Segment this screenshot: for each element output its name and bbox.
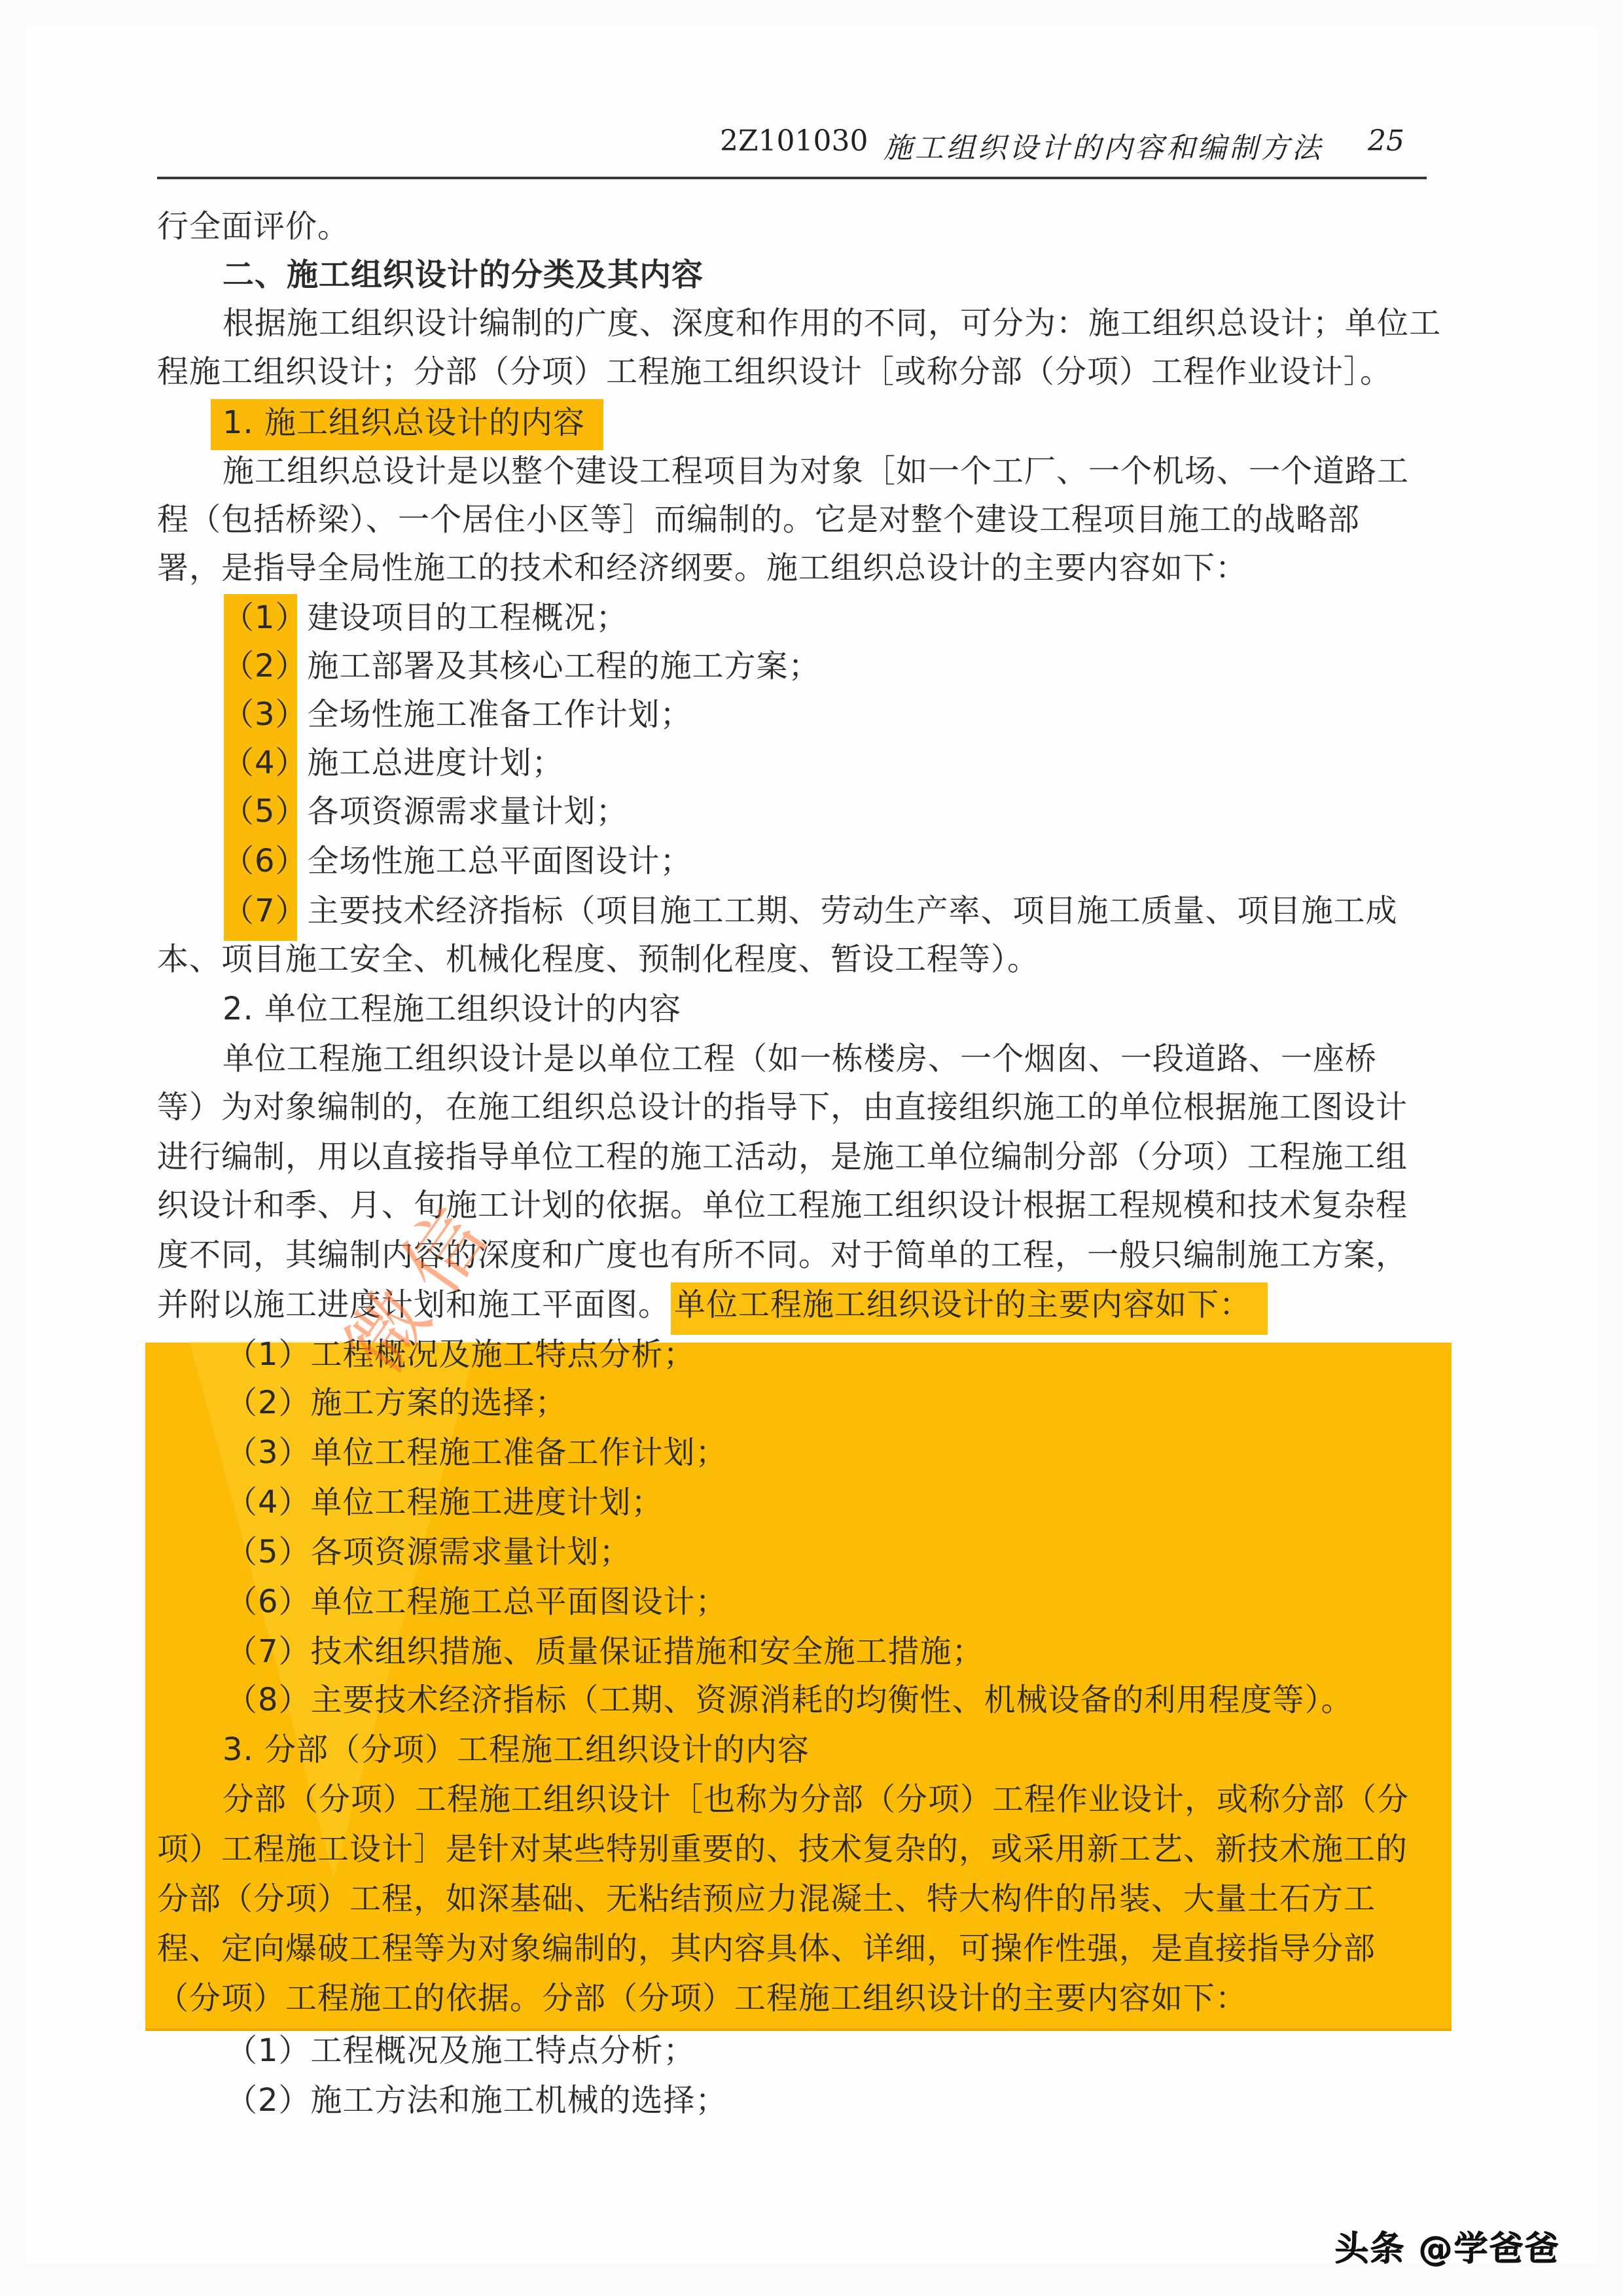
text-line: 根据施工组织设计编制的广度、深度和作用的不同，可分为：施工组织总设计；单位工	[223, 302, 1441, 344]
list-item: （4）单位工程施工进度计划；	[226, 1481, 664, 1523]
subheading-2: 2. 单位工程施工组织设计的内容	[223, 988, 681, 1030]
text-line: （分项）工程施工的依据。分部（分项）工程施工组织设计的主要内容如下：	[157, 1977, 1247, 2019]
text-line: 项）工程施工设计］是针对某些特别重要的、技术复杂的，或采用新工艺、新技术施工的	[157, 1828, 1408, 1870]
list-item: （3）单位工程施工准备工作计划；	[226, 1432, 728, 1474]
list-item: （1）工程概况及施工特点分析；	[226, 1333, 696, 1375]
text-line: 分部（分项）工程施工组织设计［也称为分部（分项）工程作业设计，或称分部（分	[223, 1778, 1409, 1820]
text-line: 织设计和季、月、旬施工计划的依据。单位工程施工组织设计根据工程规模和技术复杂程	[157, 1184, 1408, 1226]
section-title: 施工组织设计的内容和编制方法	[883, 124, 1323, 166]
list-item: （5）各项资源需求量计划；	[226, 1531, 632, 1573]
text-line: 行全面评价。	[157, 205, 349, 247]
text-line: 分部（分项）工程，如深基础、无粘结预应力混凝土、特大构件的吊装、大量土石方工	[157, 1878, 1376, 1920]
text-line: 程施工组织设计；分部（分项）工程施工组织设计［或称分部（分项）工程作业设计］。	[157, 351, 1392, 393]
source-credit: 头条 @学爸爸	[1335, 2221, 1560, 2270]
list-item: （1）建设项目的工程概况；	[223, 597, 628, 639]
section-code: 2Z101030	[720, 124, 868, 158]
highlighted-sentence: 单位工程施工组织设计的主要内容如下：	[674, 1284, 1251, 1326]
header-divider	[157, 177, 1427, 179]
list-item: （5）各项资源需求量计划；	[223, 790, 628, 832]
list-item: （2）施工部署及其核心工程的施工方案；	[223, 645, 821, 687]
list-item: （7）技术组织措施、质量保证措施和安全施工措施；	[226, 1631, 984, 1672]
text-line: 本、项目施工安全、机械化程度、预制化程度、暂设工程等）。	[157, 938, 1039, 980]
text-line: 度不同，其编制内容的深度和广度也有所不同。对于简单的工程，一般只编制施工方案，	[157, 1234, 1408, 1276]
list-item: （4）施工总进度计划；	[223, 742, 564, 784]
list-item: （3）全场性施工准备工作计划；	[223, 694, 692, 735]
list-item: （1）工程概况及施工特点分析；	[226, 2030, 696, 2072]
text-line: 程（包括桥梁）、一个居住小区等］而编制的。它是对整个建设工程项目施工的战略部	[157, 499, 1360, 540]
page-number: 25	[1368, 124, 1404, 158]
list-item: （6）单位工程施工总平面图设计；	[226, 1581, 728, 1623]
text-line: 单位工程施工组织设计是以单位工程（如一栋楼房、一个烟囱、一段道路、一座桥	[223, 1038, 1377, 1080]
text-line: 程、定向爆破工程等为对象编制的，其内容具体、详细，可操作性强，是直接指导分部	[157, 1928, 1376, 1969]
subheading-3: 3. 分部（分项）工程施工组织设计的内容	[223, 1729, 810, 1771]
list-item: （2）施工方法和施工机械的选择；	[226, 2079, 728, 2121]
text-line: 署，是指导全局性施工的技术和经济纲要。施工组织总设计的主要内容如下：	[157, 547, 1247, 589]
list-item: （2）施工方案的选择；	[226, 1382, 567, 1424]
subheading-1: 1. 施工组织总设计的内容	[223, 402, 585, 444]
section-heading: 二、施工组织设计的分类及其内容	[223, 254, 704, 296]
list-item: （6）全场性施工总平面图设计；	[223, 840, 692, 882]
running-header: 2Z101030 施工组织设计的内容和编制方法 25	[720, 124, 1427, 164]
text-line: 进行编制，用以直接指导单位工程的施工活动，是施工单位编制分部（分项）工程施工组	[157, 1136, 1408, 1178]
list-item: （7）主要技术经济指标（项目施工工期、劳动生产率、项目施工质量、项目施工成	[223, 890, 1398, 932]
text-line: 等）为对象编制的，在施工组织总设计的指导下，由直接组织施工的单位根据施工图设计	[157, 1086, 1408, 1128]
text-line: 施工组织总设计是以整个建设工程项目为对象［如一个工厂、一个机场、一个道路工	[223, 450, 1409, 492]
list-item: （8）主要技术经济指标（工期、资源消耗的均衡性、机械设备的利用程度等）。	[226, 1679, 1353, 1721]
